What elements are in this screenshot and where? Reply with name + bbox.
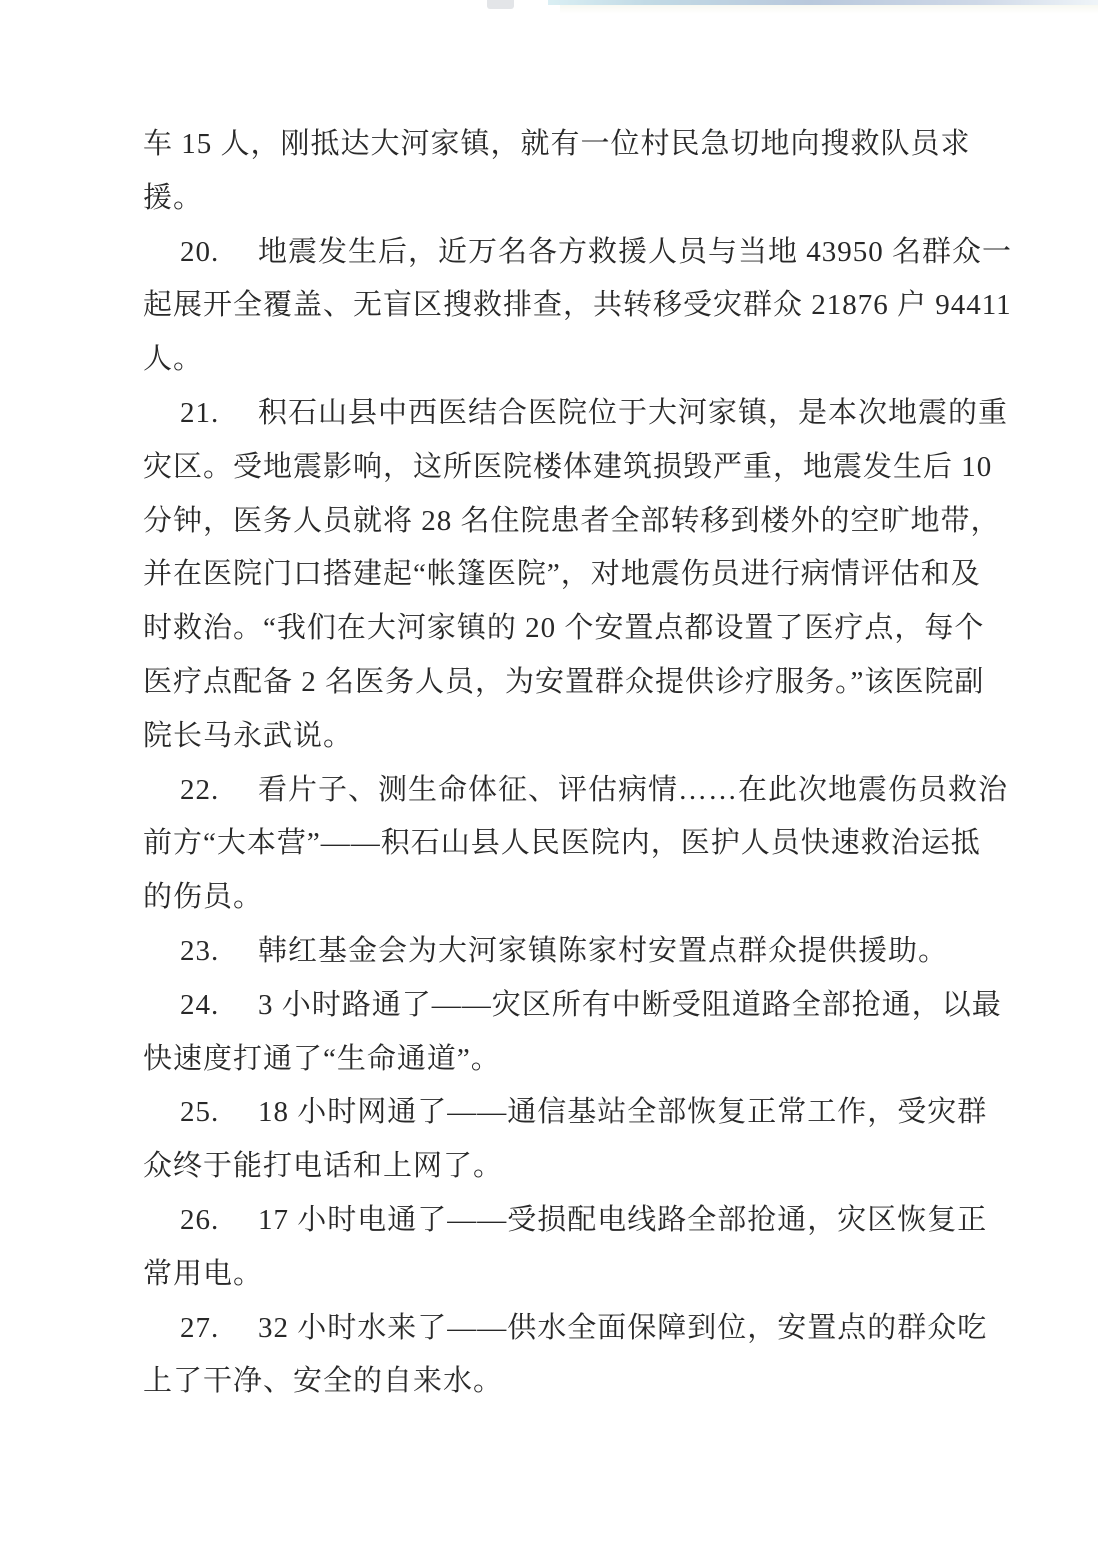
numbered-paragraph: 26.17 小时电通了——受损配电线路全部抢通，灾区恢复正常用电。 [143,1194,1073,1302]
numbered-paragraph: 22.看片子、测生命体征、评估病情……在此次地震伤员救治前方“大本营”——积石山… [143,764,1073,925]
paragraph-number: 22. [180,764,258,818]
text-line: 并在医院门口搭建起“帐篷医院”，对地震伤员进行病情评估和及 [143,548,1073,602]
numbered-paragraph: 25.18 小时网通了——通信基站全部恢复正常工作，受灾群众终于能打电话和上网了… [143,1086,1073,1194]
text-line: 车 15 人，刚抵达大河家镇，就有一位村民急切地向搜救队员求 [143,118,1073,172]
document-body-text: 车 15 人，刚抵达大河家镇，就有一位村民急切地向搜救队员求援。20.地震发生后… [143,118,1073,1409]
paragraph-line-text: 看片子、测生命体征、评估病情……在此次地震伤员救治 [258,774,1008,806]
paragraph-line-text: 18 小时网通了——通信基站全部恢复正常工作，受灾群 [258,1096,987,1128]
paragraph-number: 23. [180,925,258,979]
text-line: 的伤员。 [143,871,1073,925]
text-line: 灾区。受地震影响，这所医院楼体建筑损毁严重，地震发生后 10 [143,441,1073,495]
text-line: 常用电。 [143,1248,1073,1302]
continuation-paragraph: 车 15 人，刚抵达大河家镇，就有一位村民急切地向搜救队员求援。 [143,118,1073,226]
text-line: 起展开全覆盖、无盲区搜救排查，共转移受灾群众 21876 户 94411 [143,279,1073,333]
paragraph-number: 21. [180,387,258,441]
text-line: 24.3 小时路通了——灾区所有中断受阻道路全部抢通，以最 [143,979,1073,1033]
text-line: 分钟，医务人员就将 28 名住院患者全部转移到楼外的空旷地带， [143,495,1073,549]
text-line: 22.看片子、测生命体征、评估病情……在此次地震伤员救治 [143,764,1073,818]
text-line: 院长马永武说。 [143,710,1073,764]
paragraph-number: 27. [180,1302,258,1356]
document-page: 车 15 人，刚抵达大河家镇，就有一位村民急切地向搜救队员求援。20.地震发生后… [0,0,1098,1559]
text-line: 21.积石山县中西医结合医院位于大河家镇，是本次地震的重 [143,387,1073,441]
text-line: 上了干净、安全的自来水。 [143,1355,1073,1409]
scan-artifact-glow [560,5,1098,14]
text-line: 23.韩红基金会为大河家镇陈家村安置点群众提供援助。 [143,925,1073,979]
scan-artifact-smudge [487,0,514,9]
text-line: 20.地震发生后，近万名各方救援人员与当地 43950 名群众一 [143,226,1073,280]
text-line: 时救治。“我们在大河家镇的 20 个安置点都设置了医疗点，每个 [143,602,1073,656]
paragraph-line-text: 地震发生后，近万名各方救援人员与当地 43950 名群众一 [258,236,1012,268]
text-line: 人。 [143,333,1073,387]
text-line: 26.17 小时电通了——受损配电线路全部抢通，灾区恢复正 [143,1194,1073,1248]
paragraph-line-text: 32 小时水来了——供水全面保障到位，安置点的群众吃 [258,1312,987,1344]
numbered-paragraph: 23.韩红基金会为大河家镇陈家村安置点群众提供援助。 [143,925,1073,979]
paragraph-number: 24. [180,979,258,1033]
text-line: 前方“大本营”——积石山县人民医院内，医护人员快速救治运抵 [143,817,1073,871]
paragraph-number: 25. [180,1086,258,1140]
paragraph-line-text: 3 小时路通了——灾区所有中断受阻道路全部抢通，以最 [258,989,1002,1021]
paragraph-line-text: 韩红基金会为大河家镇陈家村安置点群众提供援助。 [258,935,948,967]
text-line: 25.18 小时网通了——通信基站全部恢复正常工作，受灾群 [143,1086,1073,1140]
numbered-paragraph: 27.32 小时水来了——供水全面保障到位，安置点的群众吃上了干净、安全的自来水… [143,1302,1073,1410]
paragraph-number: 20. [180,226,258,280]
numbered-paragraph: 21.积石山县中西医结合医院位于大河家镇，是本次地震的重灾区。受地震影响，这所医… [143,387,1073,764]
numbered-paragraph: 20.地震发生后，近万名各方救援人员与当地 43950 名群众一起展开全覆盖、无… [143,226,1073,387]
text-line: 医疗点配备 2 名医务人员，为安置群众提供诊疗服务。”该医院副 [143,656,1073,710]
text-line: 快速度打通了“生命通道”。 [143,1033,1073,1087]
text-line: 援。 [143,172,1073,226]
numbered-paragraph: 24.3 小时路通了——灾区所有中断受阻道路全部抢通，以最快速度打通了“生命通道… [143,979,1073,1087]
paragraph-number: 26. [180,1194,258,1248]
text-line: 众终于能打电话和上网了。 [143,1140,1073,1194]
paragraph-line-text: 积石山县中西医结合医院位于大河家镇，是本次地震的重 [258,397,1008,429]
text-line: 27.32 小时水来了——供水全面保障到位，安置点的群众吃 [143,1302,1073,1356]
paragraph-line-text: 17 小时电通了——受损配电线路全部抢通，灾区恢复正 [258,1204,987,1236]
